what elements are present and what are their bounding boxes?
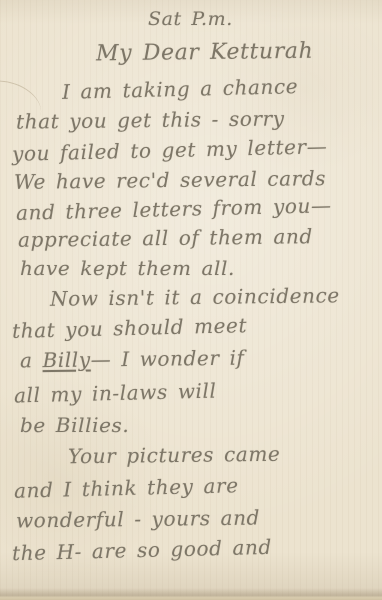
dateline: Sat P.m. bbox=[148, 8, 233, 30]
letter-line-billy: a Billy— I wonder if bbox=[20, 346, 245, 373]
letter-line: I am taking a chance bbox=[62, 74, 299, 104]
letter-line: and three letters from you— bbox=[16, 193, 332, 225]
letter-line: you failed to get my letter— bbox=[12, 134, 328, 166]
letter-line: appreciate all of them and bbox=[18, 224, 313, 252]
letter-line: Your pictures came bbox=[68, 442, 281, 469]
letter-line: Now isn't it a coincidence bbox=[50, 283, 340, 311]
billy-pre: a bbox=[20, 348, 43, 372]
underlined-word: Billy bbox=[42, 348, 90, 373]
letter-line: that you get this - sorry bbox=[16, 106, 285, 133]
salutation: My Dear Ketturah bbox=[96, 39, 314, 67]
letter-line: be Billies. bbox=[20, 413, 129, 437]
letter-line: and I think they are bbox=[14, 473, 239, 502]
billy-post: — I wonder if bbox=[91, 346, 245, 372]
paper-bottom-edge bbox=[0, 588, 382, 600]
letter-line: all my in-laws will bbox=[14, 379, 217, 408]
letter-line: wonderful - yours and bbox=[16, 506, 260, 533]
letter-line: We have rec'd several cards bbox=[14, 166, 326, 194]
letter-line: the H- are so good and bbox=[12, 535, 272, 565]
letter-line: have kept them all. bbox=[20, 256, 235, 280]
letter-page: Sat P.m. My Dear Ketturah I am taking a … bbox=[0, 0, 382, 600]
letter-line: that you should meet bbox=[12, 313, 248, 343]
